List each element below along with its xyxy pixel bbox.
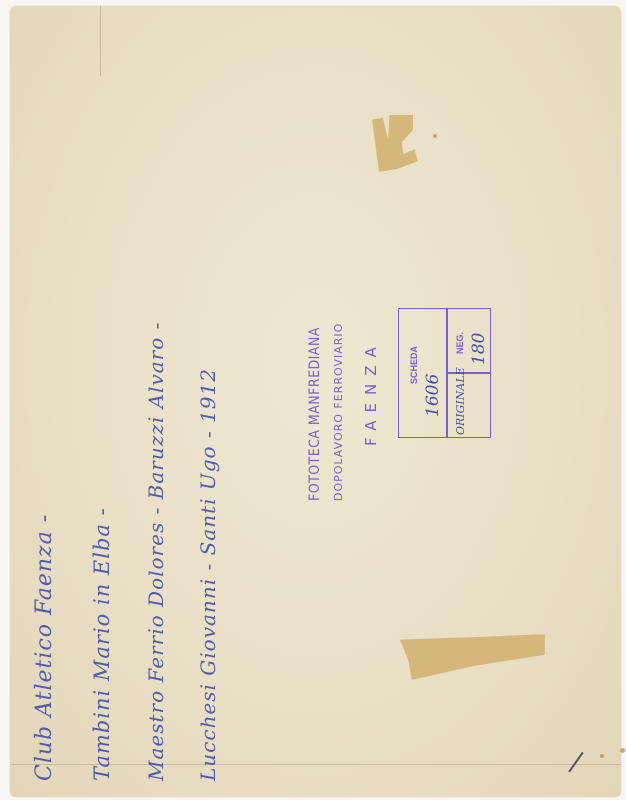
stamp-dopolavoro: DOPOLAVORO FERROVIARIO — [332, 323, 345, 501]
scheda-value: 1606 — [423, 374, 443, 417]
stamp-fototeca: FOTOTECA MANFREDIANA — [307, 327, 323, 501]
handwritten-line-4: Lucchesi Giovanni - Santi Ugo - 1912 — [196, 368, 220, 781]
neg-value: 180 — [469, 333, 489, 365]
tape-residue-bottom — [400, 634, 545, 680]
handwritten-line-2: Tambini Mario in Elba - — [90, 507, 114, 781]
stain-spot — [600, 754, 604, 758]
tape-residue-top — [372, 112, 422, 172]
record-box: SCHEDA 1606 NEG. 180 ORIGINALE — [398, 308, 491, 438]
stain-spot — [433, 134, 437, 138]
originale-text: ORIGINALE — [454, 367, 467, 435]
neg-label: NEG. — [455, 332, 465, 354]
crease-line — [100, 6, 101, 76]
scheda-label: SCHEDA — [409, 346, 419, 384]
stain-spot — [620, 748, 625, 753]
photo-card-back: Club Atletico Faenza - Tambini Mario in … — [10, 6, 621, 797]
handwritten-line-1: Club Atletico Faenza - — [32, 514, 57, 781]
box-divider — [446, 372, 490, 374]
handwritten-line-3: Maestro Ferrio Dolores - Baruzzi Alvaro … — [144, 322, 168, 781]
stamp-faenza: FAENZA — [362, 339, 380, 446]
